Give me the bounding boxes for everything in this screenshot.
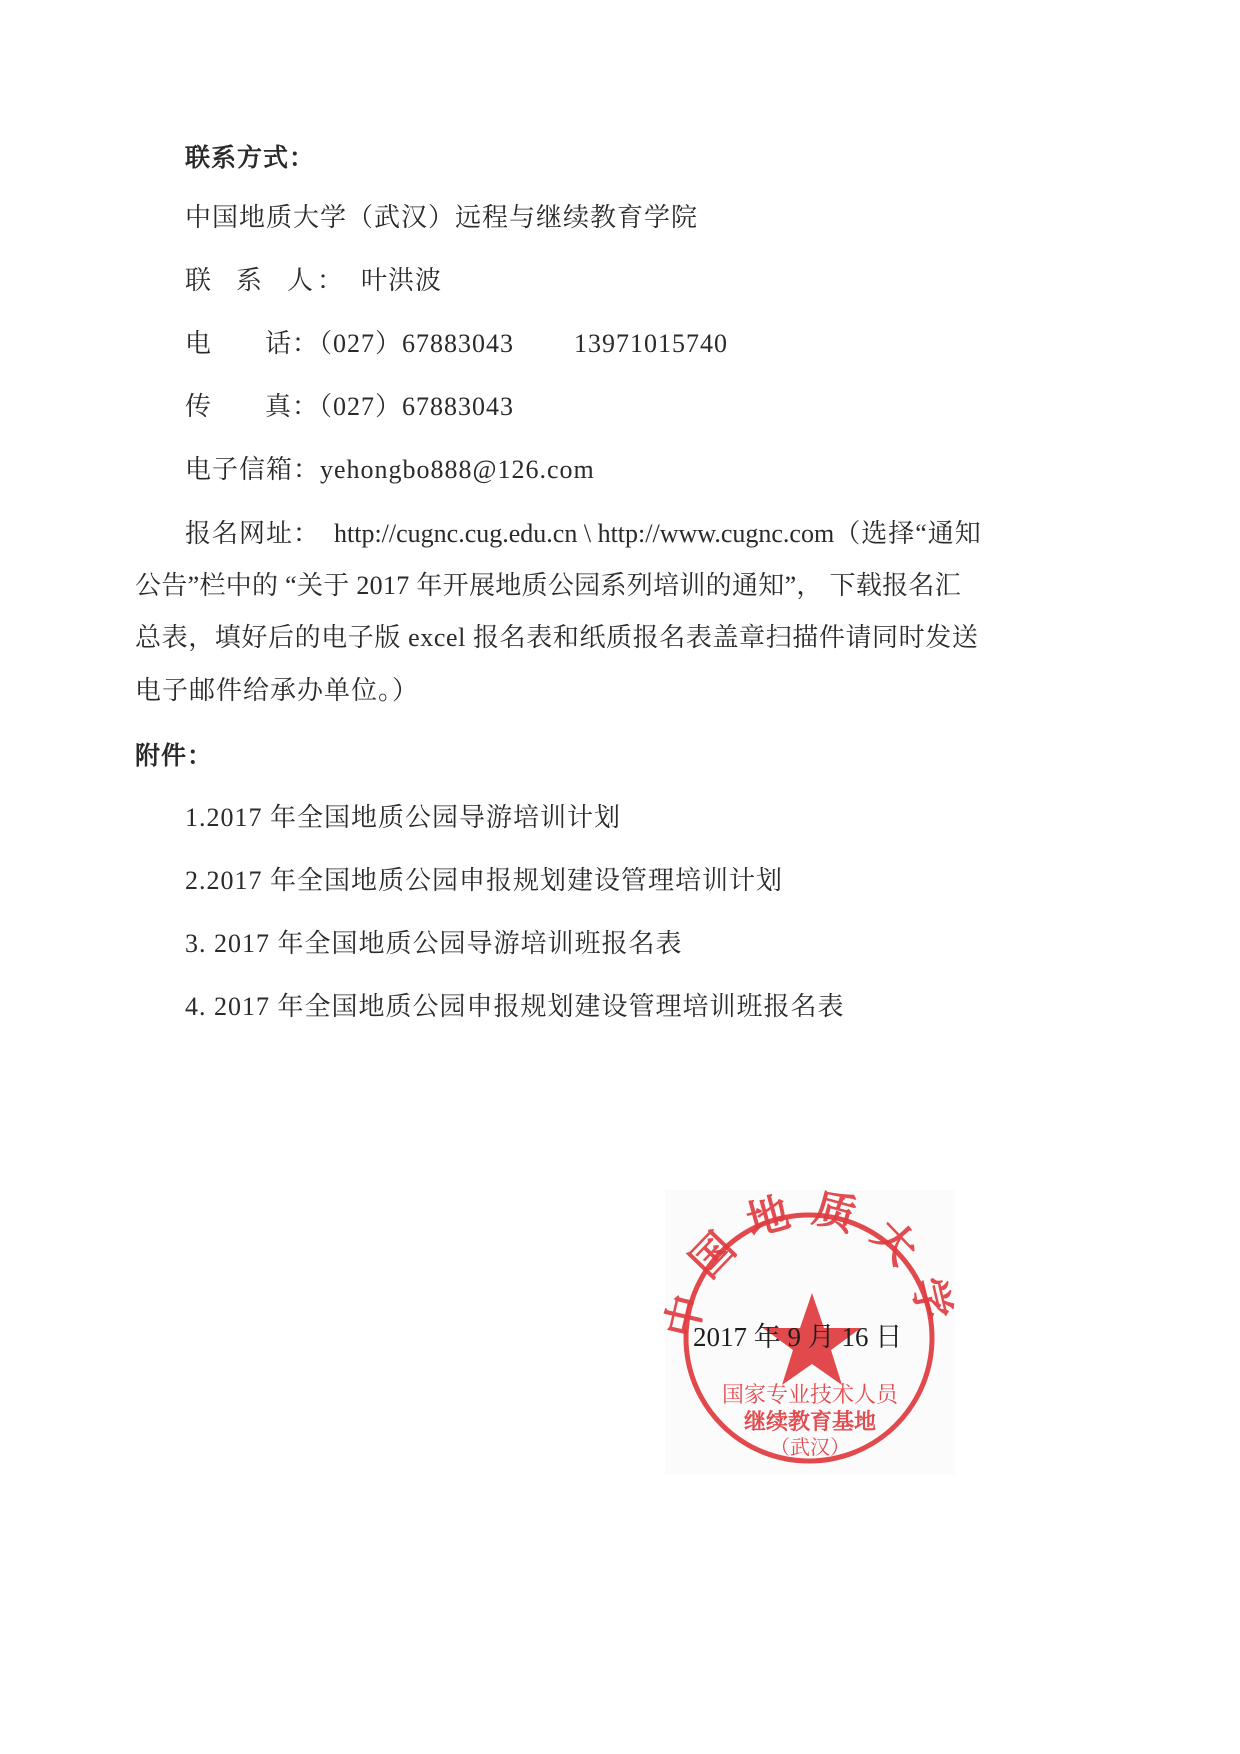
fax-label-char1: 传 — [185, 392, 212, 421]
attachment-item-4: 4. 2017 年全国地质公园申报规划建设管理培训班报名表 — [185, 992, 845, 1022]
fax-row: 传真：（027）67883043 — [185, 392, 514, 422]
mobile-value: 13971015740 — [574, 329, 728, 358]
phone-value: （027）67883043 — [319, 329, 514, 358]
contact-person-label: 联 系 人： — [185, 266, 347, 295]
institution-name: 中国地质大学（武汉）远程与继续教育学院 — [185, 203, 698, 233]
phone-label-char2: 话： — [265, 329, 319, 358]
email-label: 电子信箱： — [185, 455, 320, 484]
fax-label-char2: 真： — [265, 392, 319, 421]
email-value[interactable]: yehongbo888@126.com — [320, 455, 595, 484]
registration-line-4: 电子邮件给承办单位。） — [135, 676, 419, 706]
attachments-heading: 附件： — [135, 741, 213, 771]
fax-value: （027）67883043 — [319, 392, 514, 421]
phone-row: 电话：（027）6788304313971015740 — [185, 329, 728, 359]
attachment-item-2: 2.2017 年全国地质公园申报规划建设管理培训计划 — [185, 866, 783, 896]
seal-inner-line-3: （武汉） — [770, 1435, 850, 1459]
registration-line-1: 报名网址：http://cugnc.cug.edu.cn \ http://ww… — [185, 519, 982, 549]
attachment-item-3: 3. 2017 年全国地质公园导游培训班报名表 — [185, 929, 683, 959]
contact-person-row: 联 系 人：叶洪波 — [185, 266, 442, 296]
registration-line1-tail: （选择“通知 — [834, 519, 982, 548]
attachment-item-1: 1.2017 年全国地质公园导游培训计划 — [185, 803, 621, 833]
contact-person-value: 叶洪波 — [361, 266, 442, 295]
email-row: 电子信箱：yehongbo888@126.com — [185, 455, 595, 485]
phone-label-char1: 电 — [185, 329, 212, 358]
registration-line-2: 公告”栏中的 “关于 2017 年开展地质公园系列培训的通知”， 下载报名汇 — [135, 571, 961, 601]
signature-date: 2017 年 9 月 16 日 — [693, 1322, 902, 1352]
registration-url-1[interactable]: http://cugnc.cug.edu.cn — [334, 519, 577, 548]
seal-inner-line-2: 继续教育基地 — [744, 1409, 876, 1435]
seal-inner-line-1: 国家专业技术人员 — [722, 1383, 900, 1408]
registration-label: 报名网址： — [185, 519, 320, 548]
contact-heading: 联系方式： — [185, 143, 315, 173]
registration-url-2[interactable]: http://www.cugnc.com — [598, 519, 835, 548]
registration-line-3: 总表，填好后的电子版 excel 报名表和纸质报名表盖章扫描件请同时发送 — [135, 623, 978, 653]
url-separator: \ — [584, 519, 591, 548]
